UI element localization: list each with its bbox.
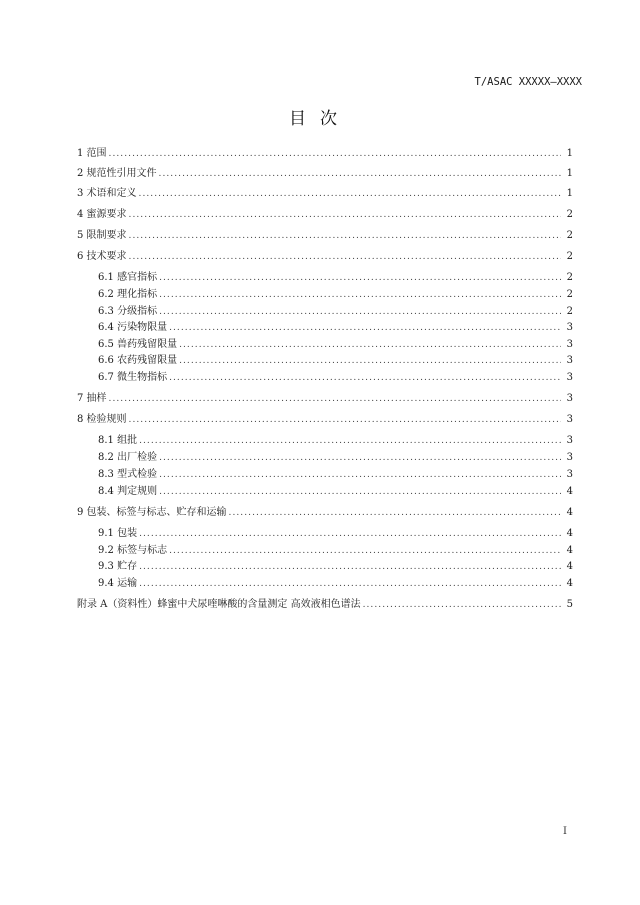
dot-leader: [139, 526, 561, 542]
toc-entry-label: 8.1 组批: [98, 433, 139, 449]
toc-entry-label: 7 抽样: [77, 391, 109, 407]
toc-entry-page: 2: [561, 270, 573, 286]
dot-leader: [363, 597, 561, 613]
toc-entry-label: 2 规范性引用文件: [77, 166, 159, 182]
toc-entry-A[interactable]: 附录 A（资料性）蜂蜜中犬尿喹啉酸的含量测定 高效液相色谱法 5: [77, 597, 573, 613]
dot-leader: [139, 186, 561, 202]
toc-entry-page: 3: [561, 467, 573, 483]
toc-entry-label: 9 包装、标签与标志、贮存和运输: [77, 505, 229, 521]
toc-entry-page: 2: [561, 304, 573, 320]
toc-entry-page: 1: [561, 186, 573, 202]
toc-entry-label: 4 蜜源要求: [77, 207, 129, 223]
toc-entry-9-1[interactable]: 9.1 包装 4: [98, 526, 573, 542]
toc-entry-label: 8.4 判定规则: [98, 484, 159, 500]
dot-leader: [109, 391, 561, 407]
page-title: 目次: [0, 104, 640, 129]
toc-entry-label: 9.1 包装: [98, 526, 139, 542]
document-code: T/ASAC XXXXX—XXXX: [475, 76, 582, 88]
toc-entry-6-4[interactable]: 6.4 污染物限量 3: [98, 320, 573, 336]
dot-leader: [159, 484, 561, 500]
toc-entry-1[interactable]: 1 范围 1: [77, 146, 573, 162]
toc-entry-7[interactable]: 7 抽样 3: [77, 391, 573, 407]
toc-entry-page: 3: [561, 337, 573, 353]
dot-leader: [109, 146, 561, 162]
toc-entry-page: 3: [561, 353, 573, 369]
dot-leader: [129, 412, 561, 428]
toc-entry-3[interactable]: 3 术语和定义 1: [77, 186, 573, 202]
dot-leader: [169, 543, 561, 559]
toc-entry-page: 1: [561, 166, 573, 182]
toc-entry-9-2[interactable]: 9.2 标签与标志 4: [98, 543, 573, 559]
toc-entry-label: 8.3 型式检验: [98, 467, 159, 483]
toc-entry-page: 2: [561, 249, 573, 265]
toc-entry-page: 4: [561, 526, 573, 542]
dot-leader: [159, 467, 561, 483]
toc-entry-4[interactable]: 4 蜜源要求 2: [77, 207, 573, 223]
toc-entry-8[interactable]: 8 检验规则 3: [77, 412, 573, 428]
toc-entry-5[interactable]: 5 限制要求 2: [77, 228, 573, 244]
toc-entry-label: 6.6 农药残留限量: [98, 353, 179, 369]
toc-entry-page: 3: [561, 320, 573, 336]
toc-entry-page: 2: [561, 207, 573, 223]
dot-leader: [139, 576, 561, 592]
toc-entry-page: 2: [561, 287, 573, 303]
toc-entry-6-7[interactable]: 6.7 微生物指标 3: [98, 370, 573, 386]
dot-leader: [229, 505, 561, 521]
page-number: I: [563, 826, 567, 837]
toc-entry-8-1[interactable]: 8.1 组批 3: [98, 433, 573, 449]
toc-entry-page: 4: [561, 484, 573, 500]
toc-entry-9-4[interactable]: 9.4 运输 4: [98, 576, 573, 592]
toc-entry-page: 4: [561, 559, 573, 575]
toc-entry-page: 4: [561, 505, 573, 521]
dot-leader: [179, 353, 561, 369]
toc-entry-6-5[interactable]: 6.5 兽药残留限量 3: [98, 337, 573, 353]
toc-entry-9-3[interactable]: 9.3 贮存 4: [98, 559, 573, 575]
dot-leader: [159, 166, 561, 182]
toc-entry-page: 4: [561, 543, 573, 559]
dot-leader: [139, 433, 561, 449]
toc-entry-label: 9.2 标签与标志: [98, 543, 169, 559]
dot-leader: [159, 304, 561, 320]
toc-entry-page: 3: [561, 412, 573, 428]
toc-entry-6[interactable]: 6 技术要求 2: [77, 249, 573, 265]
toc-entry-label: 1 范围: [77, 146, 109, 162]
toc-entry-6-1[interactable]: 6.1 感官指标 2: [98, 270, 573, 286]
toc-entry-label: 6.2 理化指标: [98, 287, 159, 303]
dot-leader: [179, 337, 561, 353]
toc-entry-page: 5: [561, 597, 573, 613]
toc-entry-6-6[interactable]: 6.6 农药残留限量 3: [98, 353, 573, 369]
dot-leader: [129, 249, 561, 265]
toc-entry-page: 2: [561, 228, 573, 244]
toc-entry-label: 6.7 微生物指标: [98, 370, 169, 386]
toc-entry-label: 附录 A（资料性）蜂蜜中犬尿喹啉酸的含量测定 高效液相色谱法: [77, 597, 363, 613]
toc-entry-label: 6 技术要求: [77, 249, 129, 265]
dot-leader: [139, 559, 561, 575]
toc-entry-label: 9.4 运输: [98, 576, 139, 592]
toc-entry-page: 3: [561, 433, 573, 449]
toc-entry-label: 6.5 兽药残留限量: [98, 337, 179, 353]
toc-entry-label: 6.4 污染物限量: [98, 320, 169, 336]
toc-entry-6-3[interactable]: 6.3 分级指标 2: [98, 304, 573, 320]
toc-entry-page: 1: [561, 146, 573, 162]
toc-entry-label: 9.3 贮存: [98, 559, 139, 575]
toc-entry-label: 3 术语和定义: [77, 186, 139, 202]
toc-entry-label: 8.2 出厂检验: [98, 450, 159, 466]
toc-entry-page: 3: [561, 370, 573, 386]
toc-entry-8-3[interactable]: 8.3 型式检验 3: [98, 467, 573, 483]
toc-entry-8-4[interactable]: 8.4 判定规则 4: [98, 484, 573, 500]
toc-entry-label: 6.3 分级指标: [98, 304, 159, 320]
toc-entry-8-2[interactable]: 8.2 出厂检验 3: [98, 450, 573, 466]
toc-entry-page: 3: [561, 391, 573, 407]
toc-entry-label: 5 限制要求: [77, 228, 129, 244]
toc-entry-2[interactable]: 2 规范性引用文件 1: [77, 166, 573, 182]
toc-entry-label: 8 检验规则: [77, 412, 129, 428]
dot-leader: [169, 370, 561, 386]
toc-entry-page: 3: [561, 450, 573, 466]
toc-entry-page: 4: [561, 576, 573, 592]
toc-entry-6-2[interactable]: 6.2 理化指标 2: [98, 287, 573, 303]
dot-leader: [159, 287, 561, 303]
toc-entry-label: 6.1 感官指标: [98, 270, 159, 286]
dot-leader: [129, 207, 561, 223]
dot-leader: [169, 320, 561, 336]
dot-leader: [159, 450, 561, 466]
dot-leader: [159, 270, 561, 286]
dot-leader: [129, 228, 561, 244]
toc-entry-9[interactable]: 9 包装、标签与标志、贮存和运输 4: [77, 505, 573, 521]
